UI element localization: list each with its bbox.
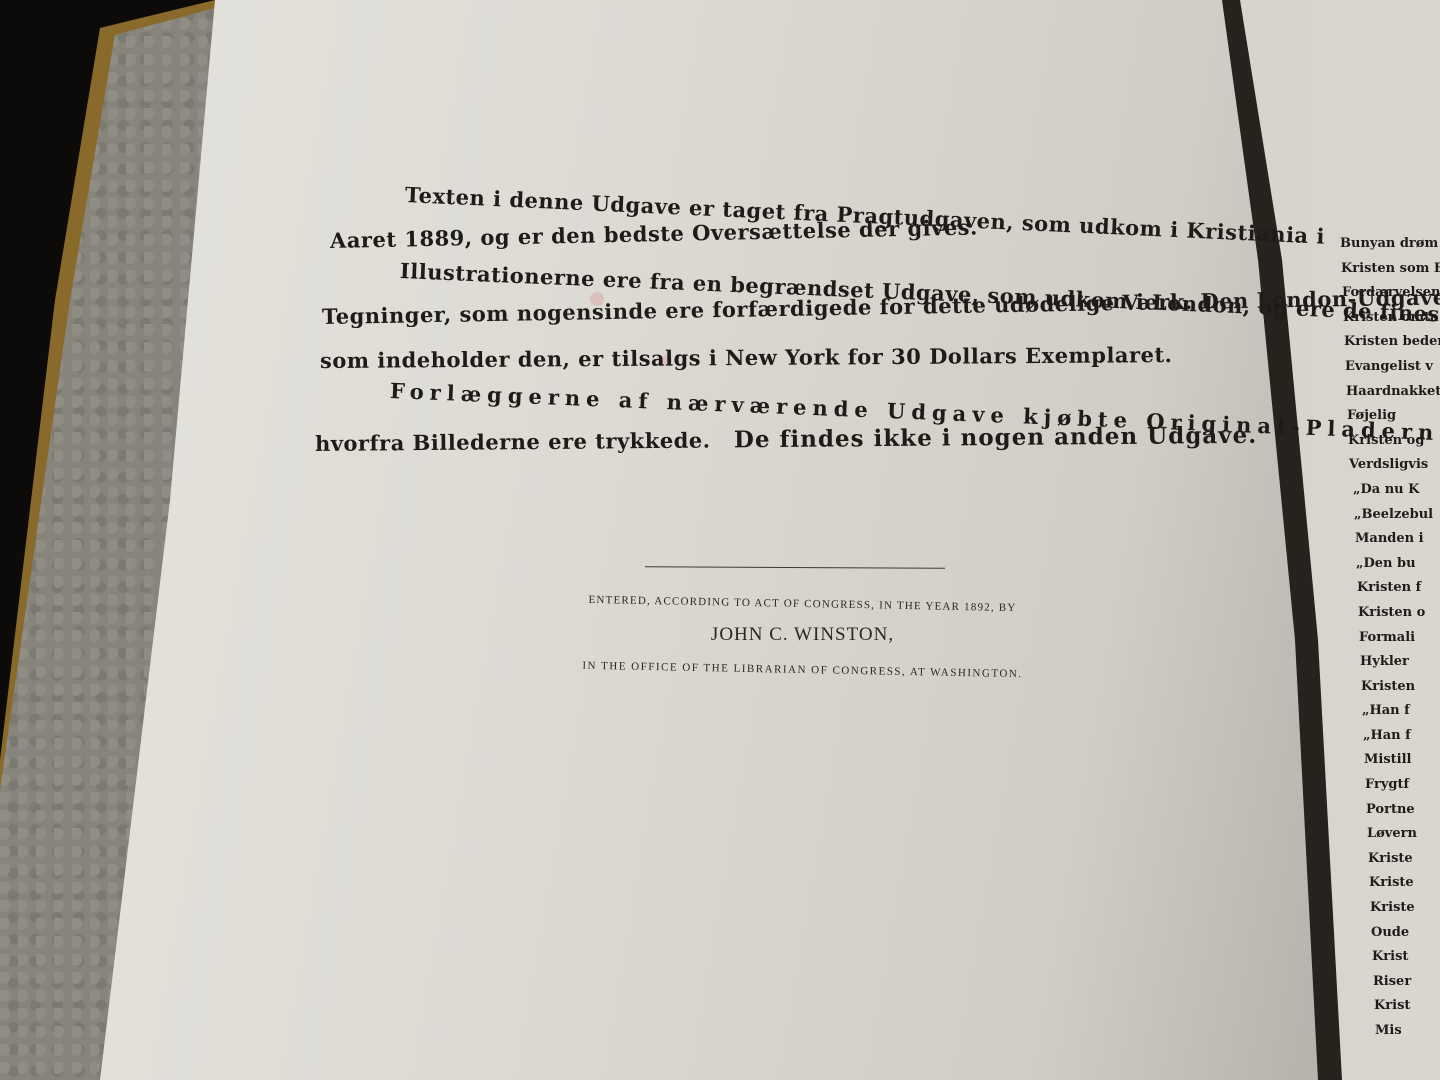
toc-entry: Kriste: [1369, 871, 1440, 896]
toc-entry: „Da nu K: [1353, 478, 1440, 503]
paragraph-3-line-2-text: hvorfra Billederne ere trykkede.: [315, 428, 711, 456]
toc-entry: „Han f: [1362, 699, 1440, 724]
toc-entry: „Beelzebul: [1354, 503, 1440, 528]
toc-entry: Kristen f: [1357, 576, 1440, 601]
toc-entry: Kristen og: [1348, 429, 1440, 454]
toc-entry: Føjelig: [1347, 404, 1440, 429]
toc-entry: Kristen beder: [1344, 330, 1440, 355]
toc-entry: „Han f: [1363, 724, 1440, 749]
toc-entry: Krist: [1372, 945, 1440, 970]
table-of-contents: Bunyan drøm Kristen som B Fordærvelsens …: [1348, 232, 1440, 1044]
toc-entry: Løvern: [1367, 822, 1440, 847]
toc-entry: Evangelist v: [1345, 355, 1440, 380]
toc-entry: Bunyan drøm: [1340, 232, 1440, 257]
publisher-name: John C. Winston,: [540, 624, 1065, 646]
toc-entry: Mis: [1375, 1019, 1440, 1044]
toc-entry: Mistill: [1364, 748, 1440, 773]
photo-scene: Texten i denne Udgave er taget fra Pragt…: [0, 0, 1440, 1080]
toc-entry: Haardnakket: [1346, 380, 1440, 405]
toc-entry: Krist: [1374, 994, 1440, 1019]
left-page: [0, 0, 1440, 1080]
toc-entry: Frygtf: [1365, 773, 1440, 798]
toc-entry: Formali: [1359, 626, 1440, 651]
toc-entry: Kristen: [1361, 675, 1440, 700]
toc-entry: Fordærvelsens: [1342, 281, 1440, 306]
toc-entry: Kristen som B: [1341, 257, 1440, 282]
toc-entry: Kristen omta: [1343, 306, 1440, 331]
paragraph-3-emphasis: De findes ikke i nogen anden Udgave.: [734, 422, 1258, 454]
toc-entry: Hykler: [1360, 650, 1440, 675]
toc-entry: „Den bu: [1356, 552, 1440, 577]
toc-entry: Portne: [1366, 798, 1440, 823]
toc-entry: Kriste: [1368, 847, 1440, 872]
toc-entry: Kriste: [1370, 896, 1440, 921]
toc-entry: Kristen o: [1358, 601, 1440, 626]
toc-entry: Oude: [1371, 921, 1440, 946]
toc-entry: Verdsligvis: [1349, 453, 1440, 478]
toc-entry: Riser: [1373, 970, 1440, 995]
toc-entry: Manden i: [1355, 527, 1440, 552]
